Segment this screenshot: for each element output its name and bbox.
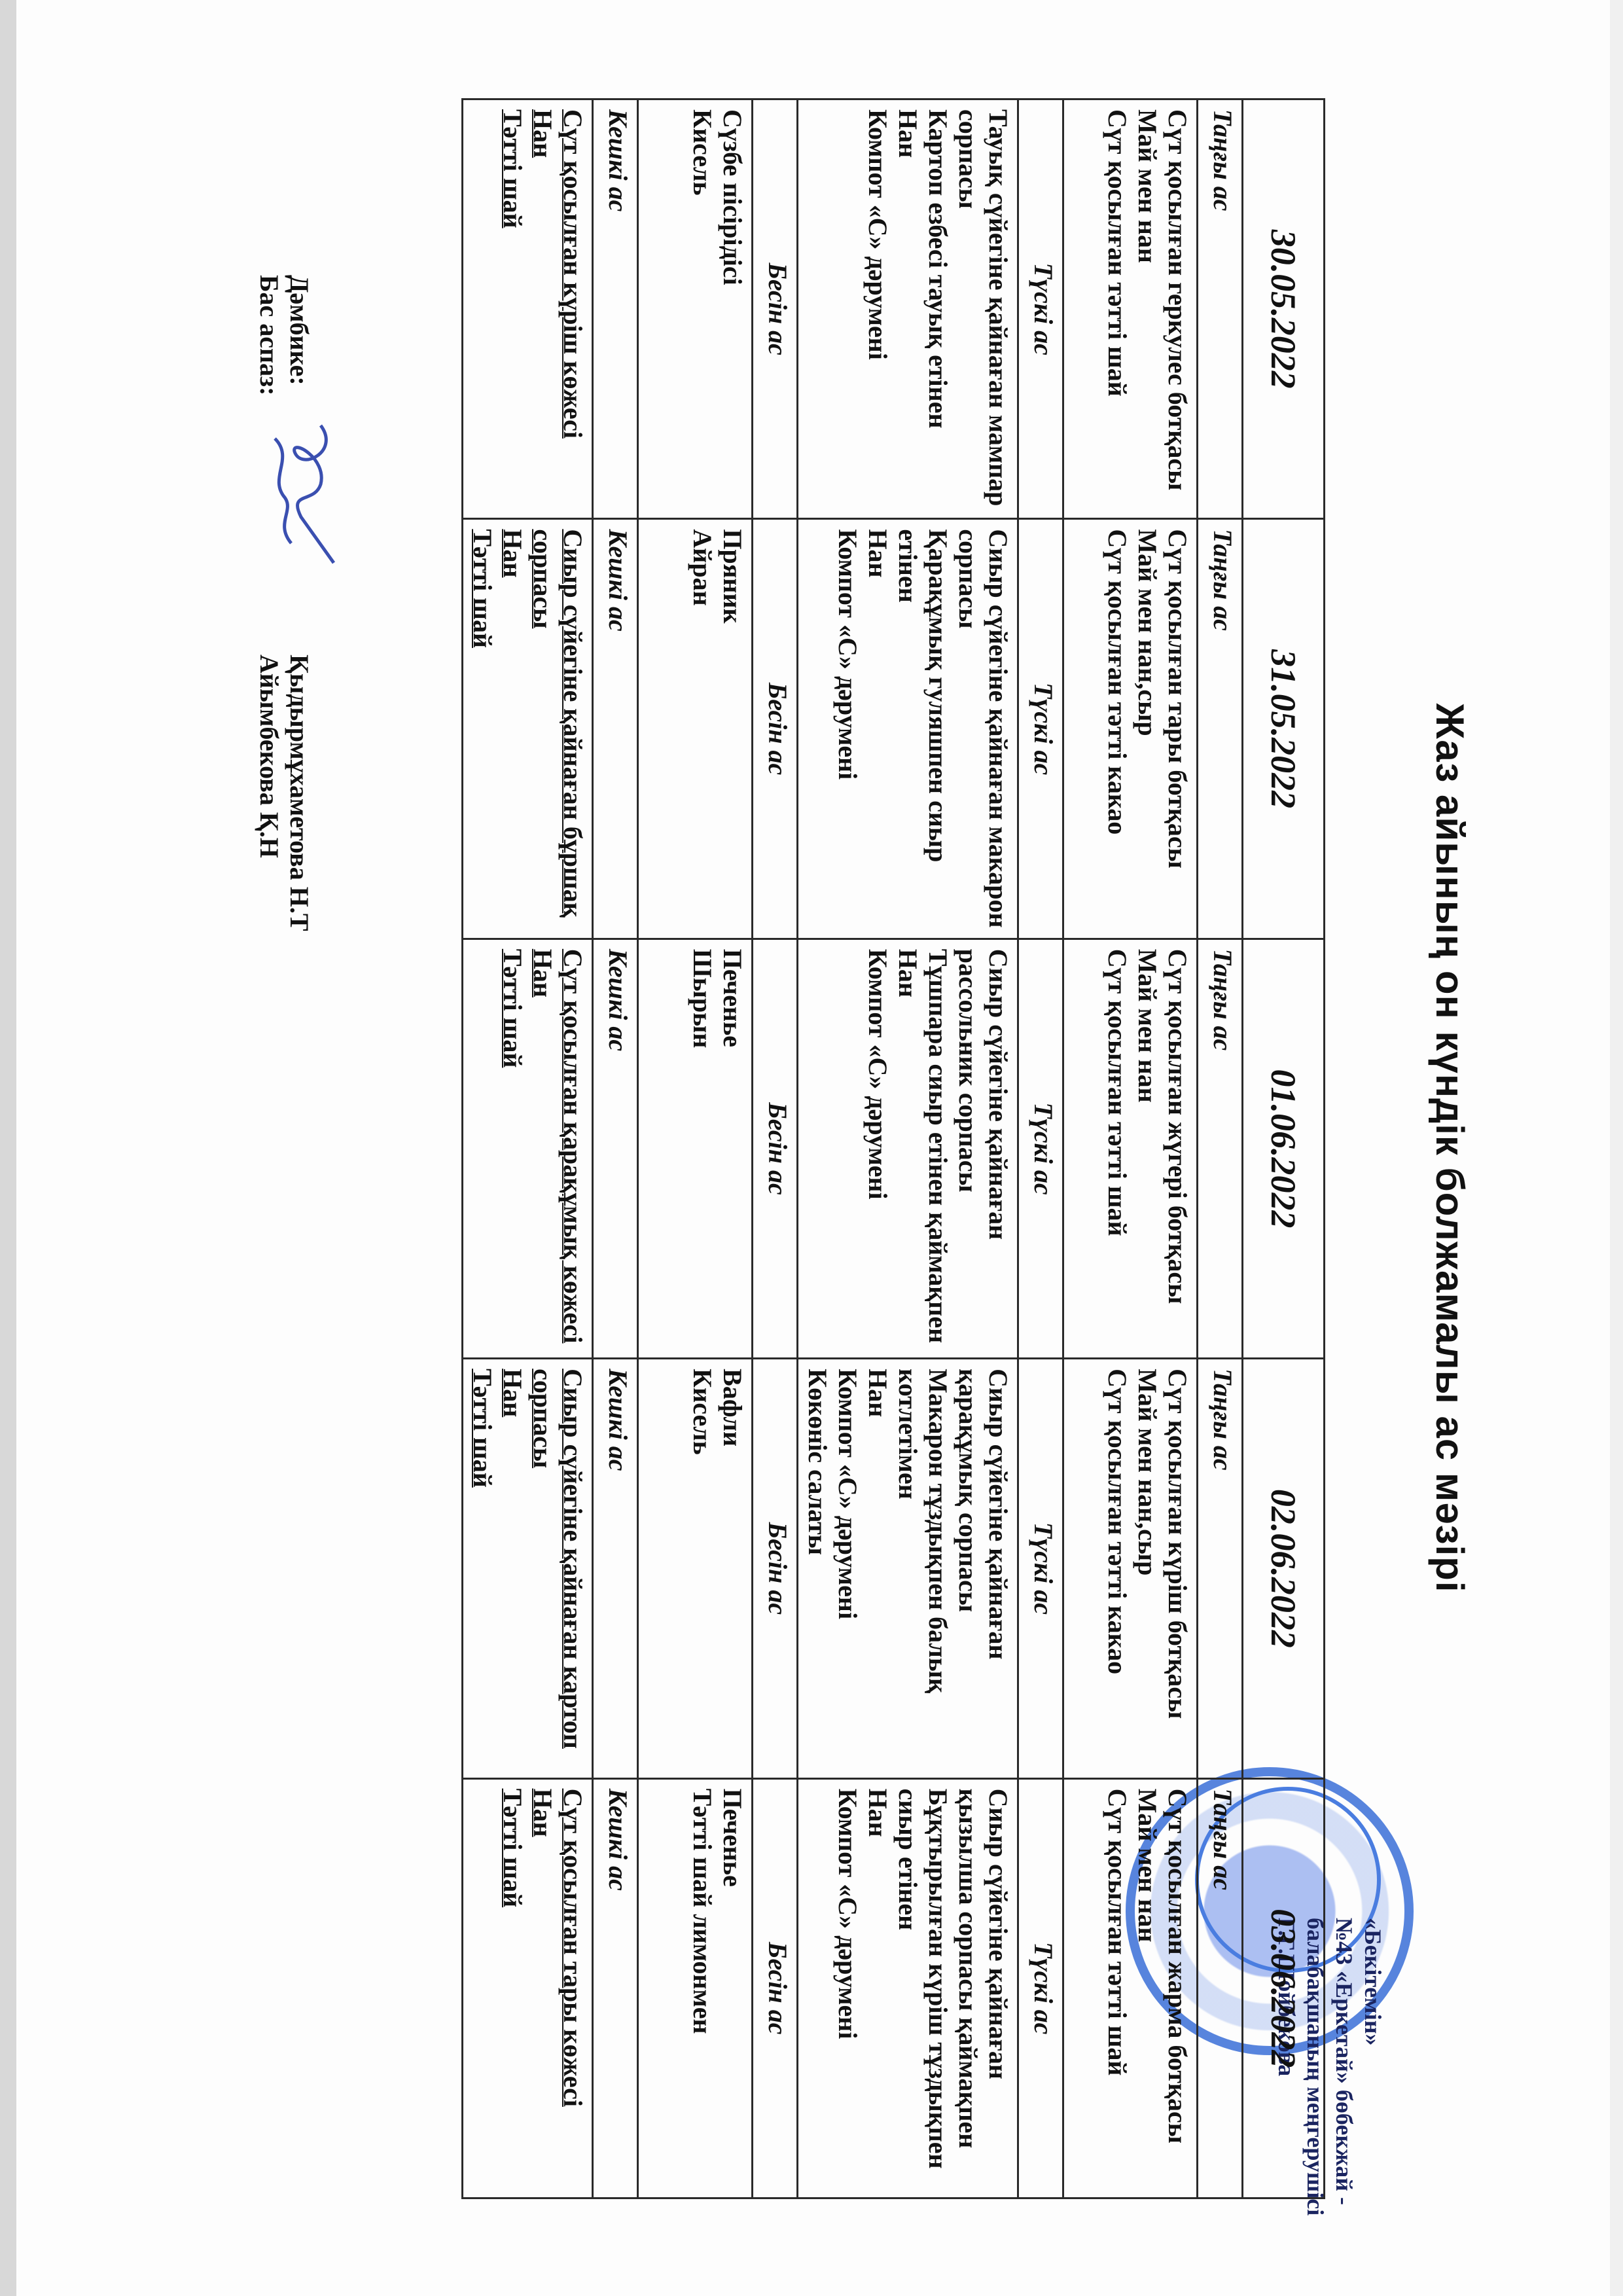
snack-cell: ВафлиКисель [638,1359,753,1778]
menu-item: Тәтті шай [497,949,527,1348]
breakfast-cell: Сүт қосылған жүгері ботқасыМай мен нанСү… [1063,939,1198,1358]
date-header: 30.05.2022 [1243,99,1325,519]
lunch-cell: Сиыр сүйегіне қайнаған рассольник сорпас… [798,939,1018,1358]
menu-item: Айран [687,529,717,928]
dinner-cell: Сүт қосылған қарақұмық көжесіНанТәтті ша… [463,939,593,1358]
menu-item: Май мен нан,сыр [1132,529,1162,928]
dinner-cell: Сүт қосылған тары көжесіНанТәтті шай [463,1778,593,2198]
menu-table: 30.05.202231.05.202201.06.202202.06.2022… [461,98,1325,2199]
menu-item: Сүт қосылған жарма ботқасы [1162,1789,1192,2188]
signatures-block: Дәмбике: Қыдырмұхаметова Н.Т Бас аспаз: … [254,275,314,931]
menu-item: Қарақұмық гуляшпен сиыр етінен [893,529,953,928]
menu-item: Шырын [687,949,717,1348]
menu-item: Сүт қосылған тәтті шай [1102,109,1132,509]
menu-item: Сүт қосылған тары көжесі [558,1789,588,2188]
dinner-label: Кешкі ас [593,1359,638,1778]
menu-item: Пряник [717,529,747,928]
breakfast-label: Таңғы ас [1198,1778,1243,2198]
date-header: 03.06.2022 [1243,1778,1325,2198]
menu-item: Сүт қосылған тәтті какао [1102,529,1132,928]
menu-item: Сиыр сүйегіне қайнаған макарон сорпасы [953,529,1013,928]
signature-row: Бас аспаз: Айымбекова Қ.Н [254,275,284,931]
menu-item: Нан [527,949,558,1348]
snack-cell: ПряникАйран [638,519,753,939]
menu-item: Нан [527,1789,558,2188]
date-header-row: 30.05.202231.05.202201.06.202202.06.2022… [1243,99,1325,2198]
snack-label: Бесін ас [753,519,798,939]
menu-item: Вафли [717,1369,747,1768]
document-page: «Бекітемін» №43 «Еркетай» бөбекжай - бал… [0,0,1623,2296]
scan-edge [0,0,16,2296]
signature-role: Бас аспаз: [254,275,284,655]
breakfast-cell: Сүт қосылған геркулес ботқасыМай мен нан… [1063,99,1198,519]
menu-item: Май мен нан [1132,949,1162,1348]
menu-item: Кисель [687,1369,717,1768]
breakfast-cell: Сүт қосылған күріш ботқасыМай мен нан,сы… [1063,1359,1198,1778]
breakfast-cell: Сүт қосылған жарма ботқасыМай мен нанСүт… [1063,1778,1198,2198]
menu-item: Нан [497,1369,527,1768]
snack-items-row: Сүзбе пісірідісіКисельПряникАйранПеченье… [638,99,753,2198]
lunch-cell: Сиыр сүйегіне қайнаған макарон сорпасыҚа… [798,519,1018,939]
menu-item: Сиыр сүйегіне қайнаған қызылша сорпасы қ… [953,1789,1013,2188]
menu-item: Кисель [687,109,717,509]
menu-item: Компот «С» дәрумені [832,529,863,928]
menu-item: Сүзбе пісірідісі [717,109,747,509]
lunch-cell: Сиыр сүйегіне қайнаған қарақұмық сорпасы… [798,1359,1018,1778]
menu-item: Сиыр сүйегіне қайнаған рассольник сорпас… [953,949,1013,1348]
menu-item: Нан [893,109,923,509]
snack-label: Бесін ас [753,1778,798,2198]
lunch-items-row: Тауық сүйегіне қайнаған мампар сорпасыКа… [798,99,1018,2198]
menu-item: Нан [497,529,527,928]
menu-item: Сүт қосылған тары ботқасы [1162,529,1192,928]
menu-item: Компот «С» дәрумені [832,1789,863,2188]
menu-item: Бұқтырылған күріш тұздықпен сиыр етінен [893,1789,953,2188]
lunch-label: Түскі ас [1018,939,1063,1358]
dinner-label: Кешкі ас [593,1778,638,2198]
breakfast-label: Таңғы ас [1198,1359,1243,1778]
lunch-label: Түскі ас [1018,1359,1063,1778]
scan-edge [1610,0,1623,2296]
dinner-cell: Сиыр сүйегіне қайнаған бұршақ сорпасыНан… [463,519,593,939]
lunch-label-row: Түскі асТүскі асТүскі асТүскі асТүскі ас [1018,99,1063,2198]
dinner-label: Кешкі ас [593,939,638,1358]
menu-item: Тәтті шай лимонмен [687,1789,717,2188]
dinner-cell: Сиыр сүйегіне қайнаған картоп сорпасыНан… [463,1359,593,1778]
menu-item: Печенье [717,949,747,1348]
snack-cell: ПеченьеШырын [638,939,753,1358]
menu-item: Тауық сүйегіне қайнаған мампар сорпасы [953,109,1013,509]
dinner-label: Кешкі ас [593,99,638,519]
menu-item: Май мен нан [1132,1789,1162,2188]
snack-label: Бесін ас [753,99,798,519]
menu-item: Печенье [717,1789,747,2188]
breakfast-label-row: Таңғы асТаңғы асТаңғы асТаңғы асТаңғы ас [1198,99,1243,2198]
menu-item: Сиыр сүйегіне қайнаған картоп сорпасы [527,1369,588,1768]
menu-item: Нан [527,109,558,509]
menu-item: Сиыр сүйегіне қайнаған бұршақ сорпасы [527,529,588,928]
menu-item: Сүт қосылған тәтті шай [1102,949,1132,1348]
menu-item: Картоп езбесі тауық етінен [923,109,953,509]
menu-item: Тұшпара сиыр етінен қаймақпен [923,949,953,1348]
lunch-label: Түскі ас [1018,1778,1063,2198]
breakfast-label: Таңғы ас [1198,939,1243,1358]
menu-item: Сиыр сүйегіне қайнаған қарақұмық сорпасы [953,1369,1013,1768]
menu-item: Компот «С» дәрумені [832,1369,863,1768]
menu-item: Сүт қосылған күріш көжесі [558,109,588,509]
menu-item: Май мен нан [1132,109,1162,509]
lunch-cell: Тауық сүйегіне қайнаған мампар сорпасыКа… [798,99,1018,519]
page-title: Жаз айының он күндік болжамалы ас мәзірі [1427,0,1472,2296]
menu-item: Компот «С» дәрумені [863,109,893,509]
menu-item: Тәтті шай [467,529,497,928]
breakfast-cell: Сүт қосылған тары ботқасыМай мен нан,сыр… [1063,519,1198,939]
breakfast-label: Таңғы ас [1198,99,1243,519]
menu-item: Сүт қосылған геркулес ботқасы [1162,109,1192,509]
signature-row: Дәмбике: Қыдырмұхаметова Н.Т [284,275,314,931]
menu-item: Сүт қосылған жүгері ботқасы [1162,949,1192,1348]
lunch-label: Түскі ас [1018,99,1063,519]
menu-item: Нан [893,949,923,1348]
snack-cell: Сүзбе пісірідісіКисель [638,99,753,519]
menu-item: Нан [863,1789,893,2188]
date-header: 02.06.2022 [1243,1359,1325,1778]
menu-item: Нан [863,529,893,928]
menu-item: Нан [863,1369,893,1768]
snack-label: Бесін ас [753,939,798,1358]
signature-name: Айымбекова Қ.Н [254,655,284,858]
snack-cell: ПеченьеТәтті шай лимонмен [638,1778,753,2198]
menu-item: Сүт қосылған күріш ботқасы [1162,1369,1192,1768]
menu-item: Сүт қосылған тәтті какао [1102,1369,1132,1768]
dinner-items-row: Сүт қосылған күріш көжесіНанТәтті шайСиы… [463,99,593,2198]
menu-item: Тәтті шай [467,1369,497,1768]
menu-item: Көкөніс салаты [802,1369,832,1768]
menu-item: Тәтті шай [497,109,527,509]
approval-line: «Бекітемін» [1359,1918,1387,2153]
menu-item: Макарон тұздықпен балық котлетімен [893,1369,953,1768]
approval-line: №43 «Еркетай» бөбекжай - [1330,1918,1359,2153]
dinner-label: Кешкі ас [593,519,638,939]
menu-item: Май мен нан,сыр [1132,1369,1162,1768]
breakfast-items-row: Сүт қосылған геркулес ботқасыМай мен нан… [1063,99,1198,2198]
snack-label-row: Бесін асБесін асБесін асБесін асБесін ас [753,99,798,2198]
menu-item: Сүт қосылған тәтті шай [1102,1789,1132,2188]
dinner-label-row: Кешкі асКешкі асКешкі асКешкі асКешкі ас [593,99,638,2198]
signature-name: Қыдырмұхаметова Н.Т [284,655,314,931]
menu-item: Тәтті шай [497,1789,527,2188]
signature-role: Дәмбике: [284,275,314,655]
breakfast-label: Таңғы ас [1198,519,1243,939]
date-header: 31.05.2022 [1243,519,1325,939]
date-header: 01.06.2022 [1243,939,1325,1358]
menu-item: Сүт қосылған қарақұмық көжесі [558,949,588,1348]
menu-item: Компот «С» дәрумені [863,949,893,1348]
snack-label: Бесін ас [753,1359,798,1778]
lunch-cell: Сиыр сүйегіне қайнаған қызылша сорпасы қ… [798,1778,1018,2198]
dinner-cell: Сүт қосылған күріш көжесіНанТәтті шай [463,99,593,519]
lunch-label: Түскі ас [1018,519,1063,939]
